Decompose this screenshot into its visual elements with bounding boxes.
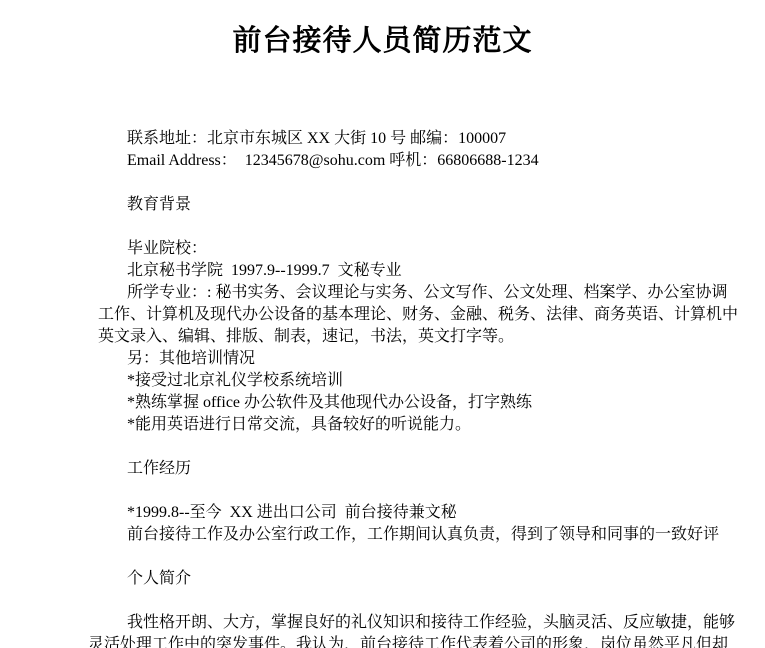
education-school-line: 北京秘书学院 1997.9--1999.7 文秘专业 <box>88 260 745 282</box>
education-heading: 教育背景 <box>88 194 745 216</box>
education-training-item-1: *接受过北京礼仪学校系统培训 <box>88 370 745 392</box>
document-body: 联系地址：北京市东城区 XX 大街 10 号 邮编：100007 Email A… <box>88 128 745 648</box>
contact-address-line: 联系地址：北京市东城区 XX 大街 10 号 邮编：100007 <box>88 128 745 150</box>
education-major-line-1: 所学专业：: 秘书实务、会议理论与实务、公文写作、公文处理、档案学、办公室协调 <box>88 282 745 304</box>
experience-job-desc: 前台接待工作及办公室行政工作，工作期间认真负责，得到了领导和同事的一致好评 <box>88 524 745 546</box>
contact-email-line: Email Address： 12345678@sohu.com 呼机：6680… <box>88 150 745 172</box>
profile-heading: 个人简介 <box>88 568 745 590</box>
profile-line-2: 灵活处理工作中的突发事件。我认为，前台接待工作代表着公司的形象，岗位虽然平凡但却 <box>88 634 745 648</box>
education-major-line-2: 工作、计算机及现代办公设备的基本理论、财务、金融、税务、法律、商务英语、计算机中 <box>88 304 745 326</box>
education-major-line-3: 英文录入、编辑、排版、制表，速记，书法，英文打字等。 <box>88 326 745 348</box>
education-training-item-2: *熟练掌握 office 办公软件及其他现代办公设备，打字熟练 <box>88 392 745 414</box>
resume-document: 前台接待人员简历范文 联系地址：北京市东城区 XX 大街 10 号 邮编：100… <box>0 24 765 648</box>
experience-job-line: *1999.8--至今 XX 进出口公司 前台接待兼文秘 <box>88 502 745 524</box>
document-title: 前台接待人员简历范文 <box>0 24 765 58</box>
spacer <box>88 590 745 612</box>
education-training-item-3: *能用英语进行日常交流，具备较好的听说能力。 <box>88 414 745 436</box>
spacer <box>88 216 745 238</box>
spacer <box>88 480 745 502</box>
education-other-training-label: 另：其他培训情况 <box>88 348 745 370</box>
experience-heading: 工作经历 <box>88 458 745 480</box>
spacer <box>88 172 745 194</box>
spacer <box>88 546 745 568</box>
profile-line-1: 我性格开朗、大方，掌握良好的礼仪知识和接待工作经验，头脑灵活、反应敏捷，能够 <box>88 612 745 634</box>
spacer <box>88 436 745 458</box>
education-school-label: 毕业院校： <box>88 238 745 260</box>
